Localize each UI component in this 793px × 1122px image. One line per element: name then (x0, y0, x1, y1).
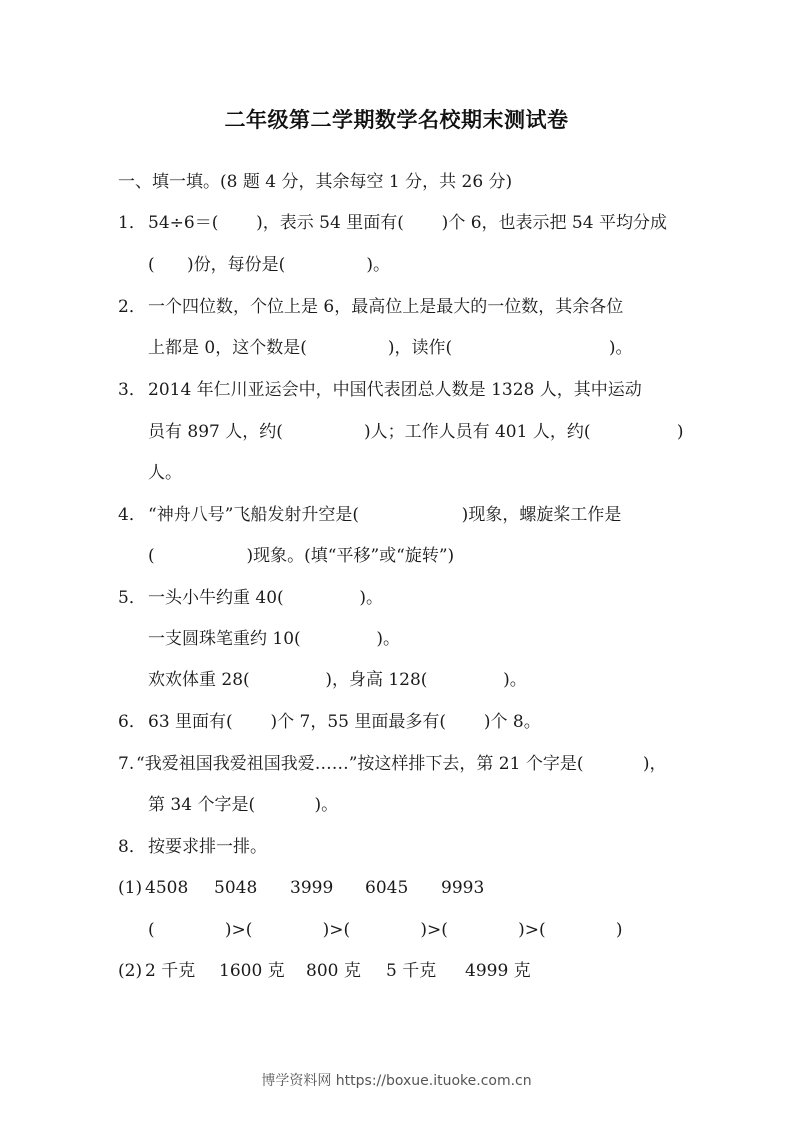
part-2-item: 4999 克 (465, 959, 531, 983)
part-1-answer-line: ( )>( )>( )>( )>( ) (148, 918, 623, 942)
part-1-item: 5048 (214, 876, 257, 900)
question-2-number: 2． (118, 295, 146, 319)
part-1-item: 4508 (145, 876, 188, 900)
question-5-line-2: 一支圆珠笔重约 10( )。 (148, 627, 400, 651)
question-3-line-1: 2014 年仁川亚运会中，中国代表团总人数是 1328 人，其中运动 (148, 378, 642, 402)
question-2-line-1: 一个四位数，个位上是 6，最高位上是最大的一位数，其余各位 (148, 295, 623, 319)
question-1-line-1: 54÷6＝( )，表示 54 里面有( )个 6，也表示把 54 平均分成 (148, 211, 667, 235)
footer-watermark[interactable]: 博学资料网 https://boxue.ituoke.com.cn (0, 1070, 793, 1090)
part-2-item: 1600 克 (219, 959, 285, 983)
question-6-line-1: 63 里面有( )个 7，55 里面最多有( )个 8。 (148, 710, 541, 734)
question-5-line-3: 欢欢体重 28( )，身高 128( )。 (148, 668, 527, 692)
question-3-line-3: 人。 (148, 461, 182, 485)
part-2-item: 5 千克 (386, 959, 436, 983)
part-1-item: 9993 (441, 876, 484, 900)
exam-page: 二年级第二学期数学名校期末测试卷 一、填一填。(8 题 4 分，其余每空 1 分… (0, 0, 793, 1122)
question-4-number: 4． (118, 503, 146, 527)
question-6-number: 6． (118, 710, 146, 734)
question-7-line-1: “我爱祖国我爱祖国我爱……”按这样排下去，第 21 个字是( )， (136, 752, 667, 776)
question-3-line-2: 员有 897 人，约( )人；工作人员有 401 人，约( ) (148, 420, 684, 444)
question-2-line-2: 上都是 0，这个数是( )，读作( )。 (148, 336, 633, 360)
question-3-number: 3． (118, 378, 146, 402)
question-8-number: 8． (118, 835, 146, 859)
question-7-line-2: 第 34 个字是( )。 (148, 793, 338, 817)
question-4-line-1: “神舟八号”飞船发射升空是( )现象，螺旋桨工作是 (148, 503, 621, 527)
page-title: 二年级第二学期数学名校期末测试卷 (0, 104, 793, 134)
question-1-line-2: ( )份，每份是( )。 (148, 253, 390, 277)
question-7-number: 7. (118, 752, 134, 776)
part-2-item: 2 千克 (145, 959, 195, 983)
question-5-number: 5． (118, 586, 146, 610)
part-1-item: 6045 (365, 876, 408, 900)
question-8-part-1-label: (1) (118, 876, 142, 900)
question-8-part-2-label: (2) (118, 959, 142, 983)
section-heading: 一、填一填。(8 题 4 分，其余每空 1 分，共 26 分) (118, 170, 512, 194)
question-8-line-1: 按要求排一排。 (148, 835, 267, 859)
question-1-number: 1． (118, 211, 146, 235)
question-4-line-2: ( )现象。(填“平移”或“旋转”) (148, 544, 454, 568)
question-5-line-1: 一头小牛约重 40( )。 (148, 586, 383, 610)
part-1-item: 3999 (290, 876, 333, 900)
part-2-item: 800 克 (306, 959, 361, 983)
